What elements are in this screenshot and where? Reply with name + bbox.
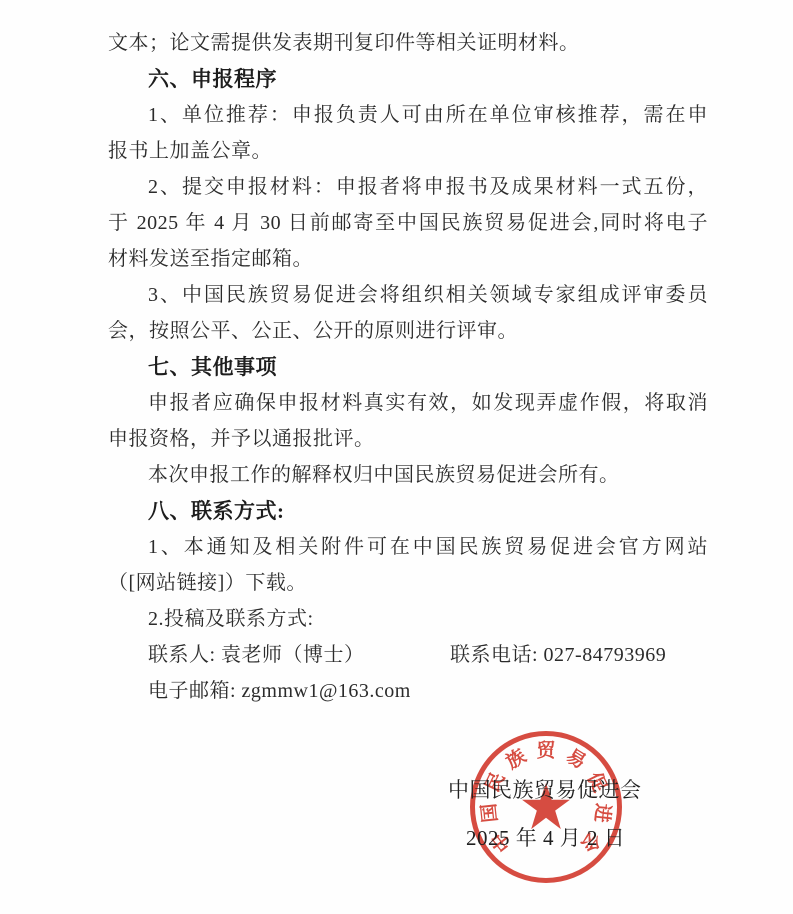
signature-block: 中 国 民 族 贸 易 促 进 会 中国民族贸易促进会 2025 年 4 月 2…	[0, 709, 793, 914]
contact-phone: 联系电话: 027-84793969	[450, 637, 666, 673]
text-line: 于 2025 年 4 月 30 日前邮寄至中国民族贸易促进会,同时将电子	[108, 205, 708, 241]
contact-email: 电子邮箱: zgmmw1@163.com	[108, 673, 708, 709]
seal-arc-char: 国	[480, 802, 501, 823]
text-line: 材料发送至指定邮箱。	[108, 241, 708, 277]
signature-org: 中国民族贸易促进会	[448, 775, 642, 805]
text-line: 文本；论文需提供发表期刊复印件等相关证明材料。	[108, 25, 708, 61]
document-page: 文本；论文需提供发表期刊复印件等相关证明材料。 六、申报程序 1、单位推荐：申报…	[0, 0, 793, 914]
text-line: 1、单位推荐：申报负责人可由所在单位审核推荐，需在申	[108, 97, 708, 133]
text-line: 3、中国民族贸易促进会将组织相关领域专家组成评审委员	[108, 277, 708, 313]
signature-date: 2025 年 4 月 2 日	[466, 823, 625, 853]
text-line: （[网站链接]）下载。	[108, 565, 708, 601]
section-heading-8: 八、联系方式:	[108, 493, 708, 529]
document-body: 文本；论文需提供发表期刊复印件等相关证明材料。 六、申报程序 1、单位推荐：申报…	[108, 25, 708, 709]
contact-person: 联系人: 袁老师（博士）	[148, 644, 365, 666]
section-heading-6: 六、申报程序	[108, 61, 708, 97]
text-line: 会，按照公平、公正、公开的原则进行评审。	[108, 313, 708, 349]
text-line: 2、提交申报材料：申报者将申报书及成果材料一式五份，	[108, 169, 708, 205]
section-heading-7: 七、其他事项	[108, 349, 708, 385]
official-seal: 中 国 民 族 贸 易 促 进 会	[470, 731, 622, 883]
text-line: 报书上加盖公章。	[108, 133, 708, 169]
seal-arc-char: 进	[591, 802, 612, 823]
text-line: 申报者应确保申报材料真实有效，如发现弄虚作假，将取消	[108, 385, 708, 421]
text-line: 申报资格，并予以通报批评。	[108, 421, 708, 457]
seal-arc-char: 贸	[536, 742, 555, 761]
text-line: 1、本通知及相关附件可在中国民族贸易促进会官方网站	[108, 529, 708, 565]
text-line: 本次申报工作的解释权归中国民族贸易促进会所有。	[108, 457, 708, 493]
text-line: 2.投稿及联系方式:	[108, 601, 708, 637]
contact-row: 联系人: 袁老师（博士） 联系电话: 027-84793969	[108, 637, 708, 673]
